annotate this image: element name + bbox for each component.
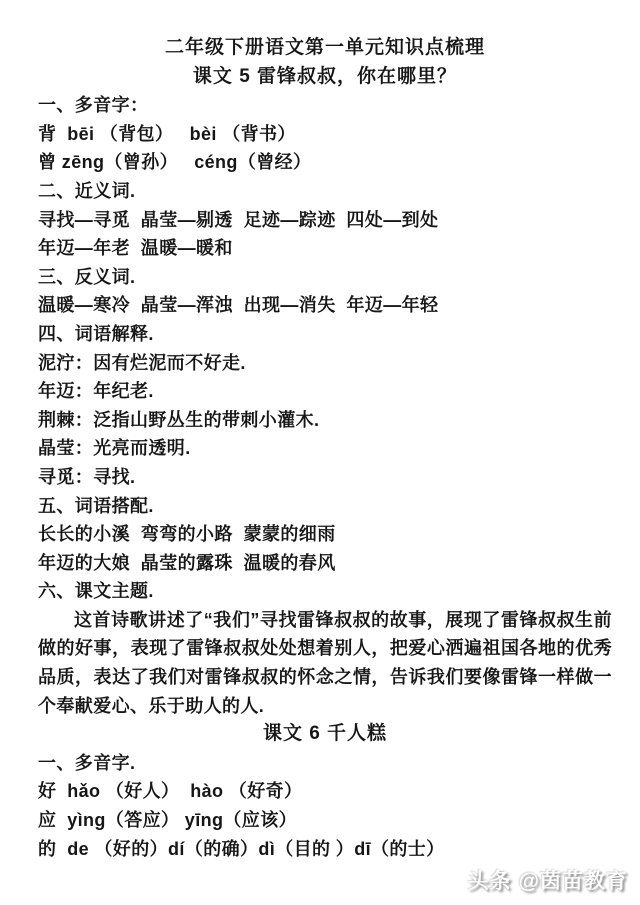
lesson-5-heading: 课文 5 雷锋叔叔，你在哪里？	[38, 63, 612, 92]
text-line: 背 bēi （背包） bèi （背书）	[38, 120, 612, 149]
toutiao-watermark: 头条 @茵苗教育	[468, 865, 628, 895]
section-heading: 三、反义词.	[38, 263, 612, 292]
text-line: 好 hǎo （好人） hào （好奇）	[38, 777, 612, 806]
text-line: 长长的小溪 弯弯的小路 蒙蒙的细雨	[38, 520, 612, 549]
section-heading: 二、近义词.	[38, 177, 612, 206]
lesson-6-heading: 课文 6 千人糕	[38, 720, 612, 749]
text-line: 晶莹：光亮而透明.	[38, 434, 612, 463]
document-page: 二年级下册语文第一单元知识点梳理 课文 5 雷锋叔叔，你在哪里？ 一、多音字： …	[0, 0, 640, 905]
doc-title: 二年级下册语文第一单元知识点梳理	[38, 34, 612, 63]
text-line: 年迈—年老 温暖—暖和	[38, 234, 612, 263]
text-line: 年迈：年纪老.	[38, 377, 612, 406]
text-line: 寻找—寻觅 晶莹—剔透 足迹—踪迹 四处—到处	[38, 206, 612, 235]
theme-paragraph: 这首诗歌讲述了“我们”寻找雷锋叔叔的故事，展现了雷锋叔叔生前做的好事，表现了雷锋…	[38, 606, 612, 720]
section-heading: 六、课文主题.	[38, 577, 612, 606]
section-heading: 一、多音字：	[38, 91, 612, 120]
text-line: 的 de （好的）dí（的确）dì（目的 ）dī（的士）	[38, 835, 612, 864]
text-line: 温暖—寒冷 晶莹—浑浊 出现—消失 年迈—年轻	[38, 291, 612, 320]
text-line: 泥泞：因有烂泥而不好走.	[38, 349, 612, 378]
text-line: 应 yìng（答应） yīng（应该）	[38, 806, 612, 835]
text-line: 年迈的大娘 晶莹的露珠 温暖的春风	[38, 549, 612, 578]
text-line: 曾 zēng（曾孙） céng（曾经）	[38, 148, 612, 177]
document-content: 二年级下册语文第一单元知识点梳理 课文 5 雷锋叔叔，你在哪里？ 一、多音字： …	[0, 0, 640, 863]
section-heading: 四、词语解释.	[38, 320, 612, 349]
text-line: 寻觅：寻找.	[38, 463, 612, 492]
section-heading: 五、词语搭配.	[38, 492, 612, 521]
section-heading: 一、多音字.	[38, 749, 612, 778]
text-line: 荆棘：泛指山野丛生的带刺小灌木.	[38, 406, 612, 435]
